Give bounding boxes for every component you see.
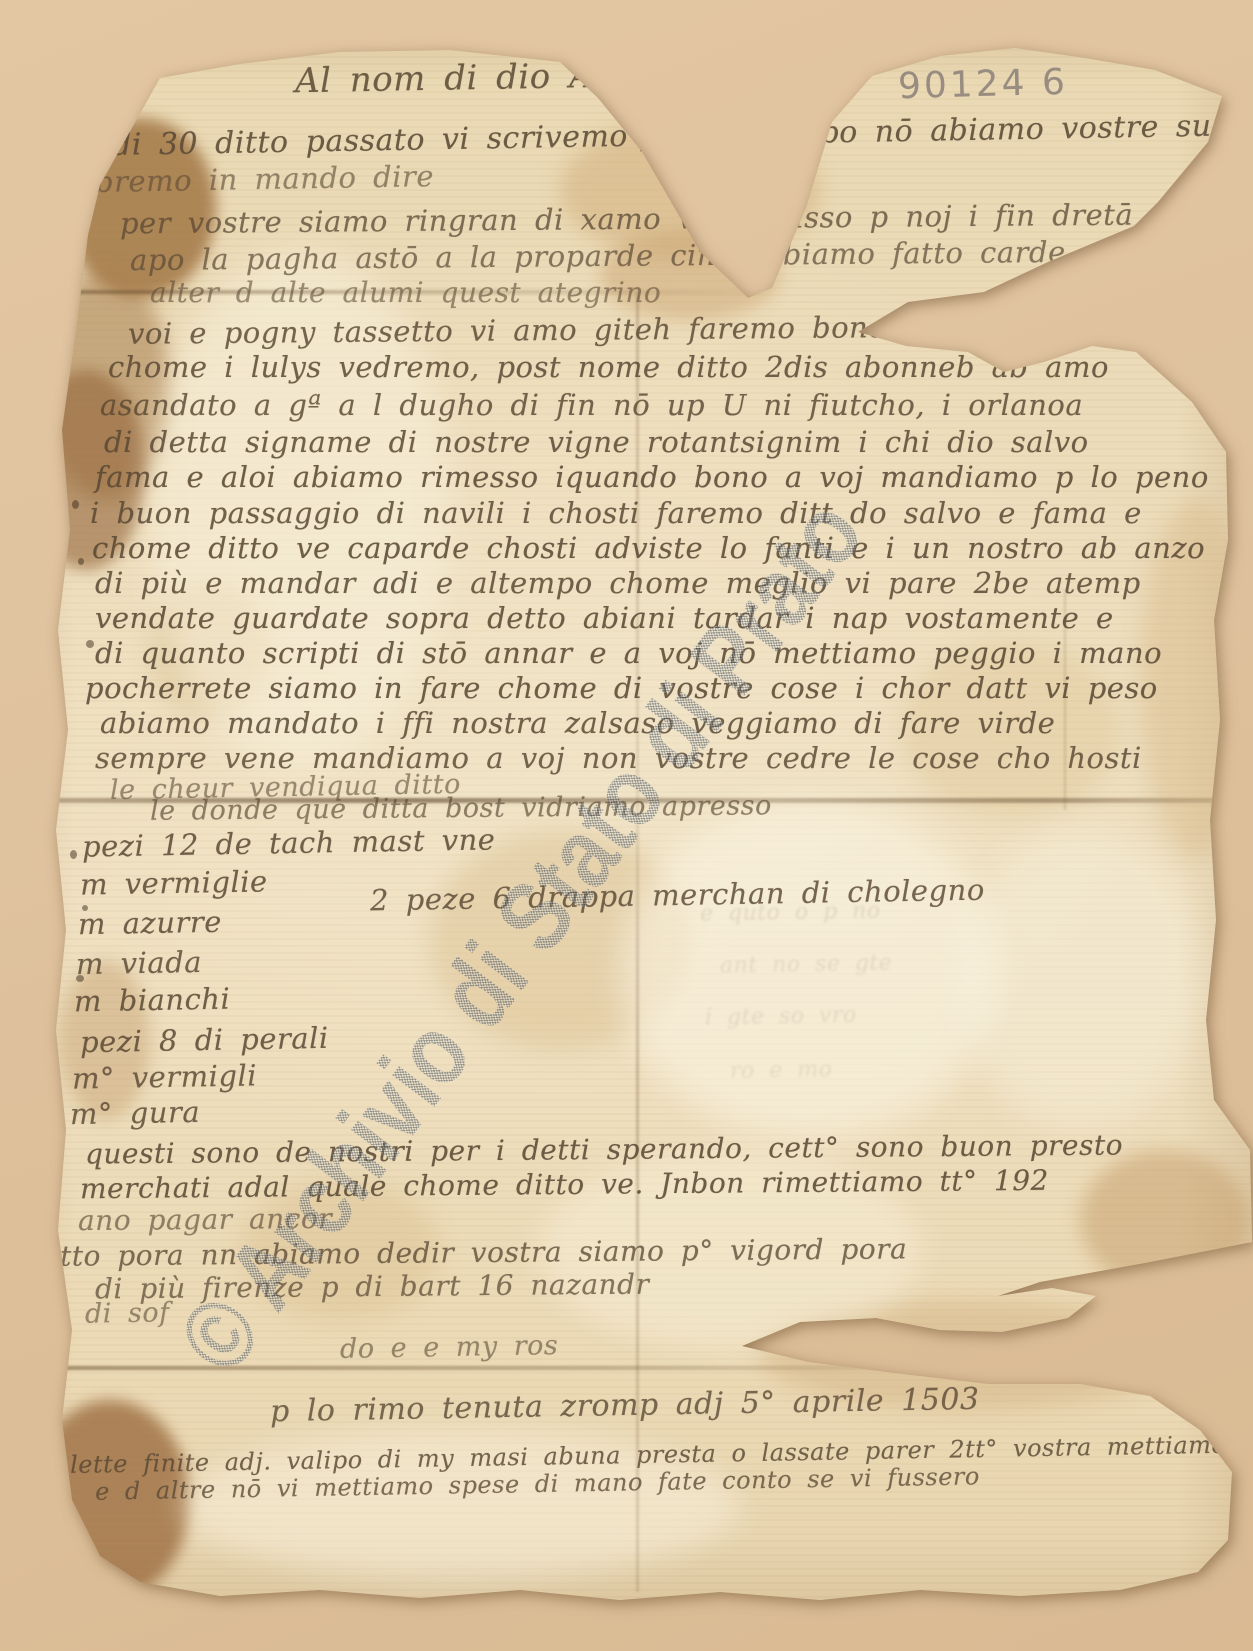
archive-number: 90124 6 <box>897 62 1068 107</box>
manuscript-line: tto pora nn abiamo dedir vostra siamo p°… <box>60 1232 908 1272</box>
manuscript-line: fama e aloi abiamo rimesso iquando bono … <box>95 460 1209 494</box>
manuscript-line: do e e my ros <box>340 1330 559 1365</box>
manuscript-line: pocherrete siamo in fare chome di vostre… <box>85 671 1158 705</box>
manuscript-line: alter d alte alumi quest ategrino <box>150 276 661 309</box>
manuscript-line: di più e mandar adi e altempo chome megl… <box>95 566 1141 600</box>
verso-bleed-line: ant no se gte <box>720 950 893 978</box>
manuscript-line: bremo in mando dire <box>95 159 435 199</box>
manuscript-line: m° gura <box>70 1095 201 1131</box>
manuscript-line: di quanto scripti di stō annar e a voj n… <box>95 636 1162 670</box>
manuscript-line: pezi 8 di perali <box>80 1021 329 1059</box>
manuscript-line: i buon passaggio di navili i chosti fare… <box>90 496 1142 530</box>
verso-bleed-line: e quto o p no <box>700 898 881 926</box>
manuscript-line: voi e pogny tassetto vi amo giteh faremo… <box>128 309 991 351</box>
manuscript-line: abiamo mandato i ffi nostra zalsaso vegg… <box>100 706 1055 740</box>
manuscript-line: m vermiglie <box>80 864 268 901</box>
manuscript-line: m° vermigli <box>72 1058 258 1095</box>
document-scan: Al nom di dio Amendi 30 ditto passato vi… <box>0 0 1253 1651</box>
manuscript-line: Al nom di dio Amen <box>295 55 670 102</box>
manuscript-line: apo la pagha astō a la proparde cino rab… <box>130 235 1066 277</box>
verso-bleed-line: i gte so vro <box>705 1003 857 1031</box>
manuscript-line: vendate guardate sopra detto abiani tard… <box>95 601 1114 635</box>
manuscript-line: m viada <box>76 945 203 981</box>
manuscript-line: chome ditto ve caparde chosti adviste lo… <box>92 531 1205 565</box>
manuscript-line: pezi 12 de tach mast vne <box>82 822 496 863</box>
manuscript-line: m azurre <box>78 905 222 942</box>
manuscript-line: p lo rimo tenuta zromp adj 5° aprile 150… <box>270 1382 980 1429</box>
manuscript-line: di 30 ditto passato vi scrivemo Jhs spō … <box>112 108 1247 163</box>
manuscript-line: 2 peze 6 drappa merchan di cholegno <box>370 873 985 918</box>
verso-bleed-line: ro e mo <box>730 1057 833 1084</box>
manuscript-line: merchati adal quale chome ditto ve. Jnbo… <box>80 1164 1049 1205</box>
manuscript-line: m bianchi <box>74 982 231 1019</box>
manuscript-line: per vostre siamo ringran di xamo vano mi… <box>120 198 1133 241</box>
